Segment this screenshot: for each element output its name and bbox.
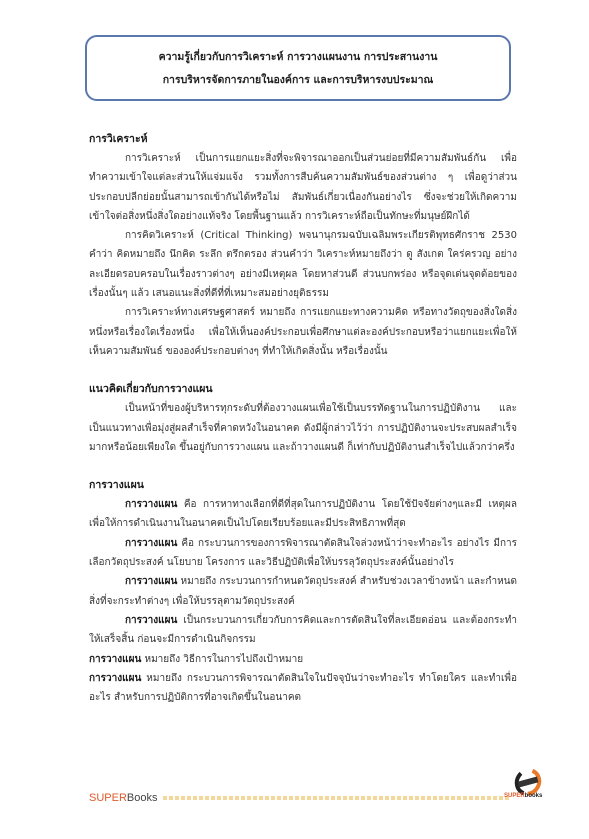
definition-paragraph: การวางแผน เป็นกระบวนการเกี่ยวกับการคิดแล… [89,611,517,650]
definition-paragraph: การวางแผน คือ การหาทางเลือกที่ดีที่สุดใน… [89,495,517,534]
brand-super: SUPER [89,792,127,804]
section-heading-planning-concept: แนวคิดเกี่ยวกับการวางแผน [89,380,517,399]
logo-super: SUPER [504,793,525,799]
definition-text: หมายถึง กระบวนการพิจารณาตัดสินใจในปัจจุบ… [89,673,517,703]
page-footer: SUPERBooks [89,788,509,808]
definition-text: หมายถึง วิธีการในการไปถึงเป้าหมาย [141,654,303,665]
definition-paragraph: การวางแผน หมายถึง กระบวนการกำหนดวัตถุประ… [89,572,517,611]
logo-books: books [525,793,543,799]
brand-books: Books [127,792,158,804]
term: การวางแผน [125,538,177,549]
term: การวางแผน [89,654,141,665]
page-title-line-1: ความรู้เกี่ยวกับการวิเคราะห์ การวางแผนงา… [159,48,438,65]
term: การวางแผน [125,615,177,626]
paragraph: การวิเคราะห์ เป็นการแยกแยะสิ่งที่จะพิจาร… [89,149,517,226]
section-heading-analysis: การวิเคราะห์ [89,130,517,149]
superbooks-logo-icon [502,768,554,808]
paragraph: เป็นหน้าที่ของผู้บริหารทุกระดับที่ต้องวา… [89,399,517,457]
document-body: การวิเคราะห์ การวิเคราะห์ เป็นการแยกแยะส… [89,130,517,707]
page-title-line-2: การบริหารจัดการภายในองค์การ และการบริหาร… [163,71,434,88]
term: การวางแผน [89,673,141,684]
definition-paragraph: การวางแผน หมายถึง วิธีการในการไปถึงเป้าห… [89,650,517,669]
section-heading-planning: การวางแผน [89,476,517,495]
definition-paragraph: การวางแผน หมายถึง กระบวนการพิจารณาตัดสิน… [89,669,517,708]
paragraph: การคิดวิเคราะห์ (Critical Thinking) พจนา… [89,226,517,303]
title-box: ความรู้เกี่ยวกับการวิเคราะห์ การวางแผนงา… [85,35,511,101]
definition-paragraph: การวางแผน คือ กระบวนการของการพิจารณาตัดส… [89,534,517,573]
footer-brand: SUPERBooks [89,792,157,804]
term: การวางแผน [125,499,177,510]
dotted-divider [163,796,509,800]
logo-wordmark: SUPERbooks [504,793,542,799]
paragraph: การวิเคราะห์ทางเศรษฐศาสตร์ หมายถึง การแย… [89,303,517,361]
term: การวางแผน [125,576,177,587]
